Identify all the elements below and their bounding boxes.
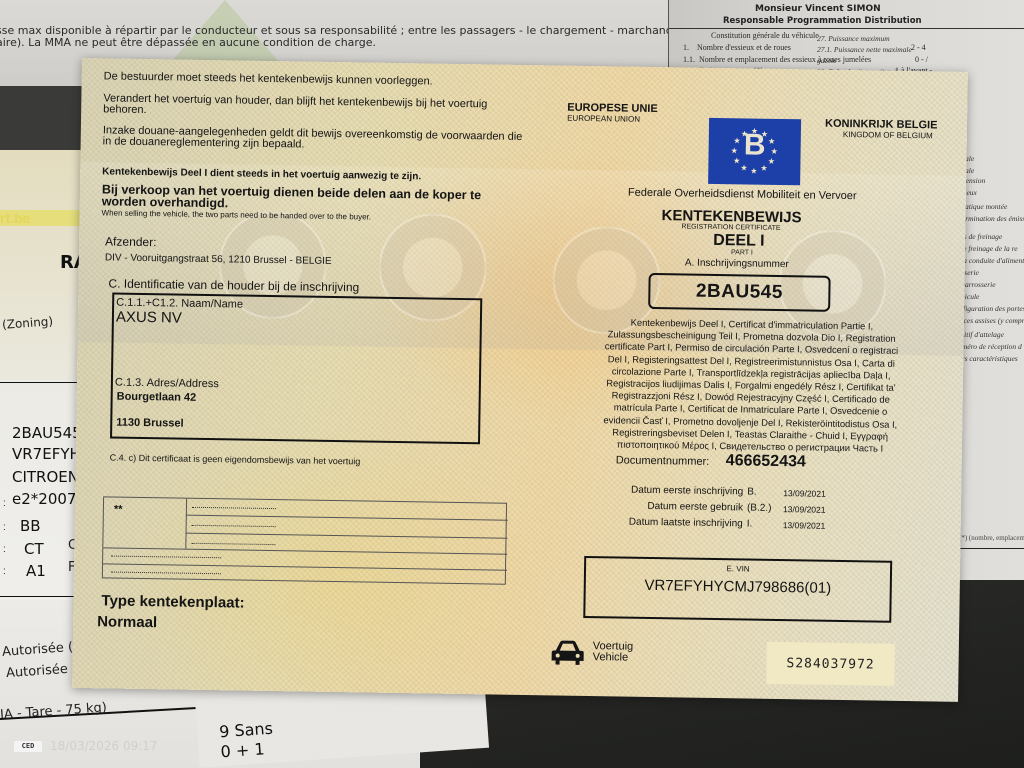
left-value: e2*2007 <box>12 490 76 508</box>
photo-timestamp: 18/03/2026 09:17 <box>50 739 158 753</box>
blank-fields-grid: ** <box>102 496 507 584</box>
colon: : <box>3 522 6 533</box>
contact-name: Monsieur Vincent SIMON <box>755 4 881 14</box>
date-label: Datum laatste inschrijving <box>581 516 743 530</box>
serial-number: S284037972 <box>766 642 895 686</box>
left-value: CITROEN <box>12 468 79 486</box>
star-icon: ★ <box>731 147 738 155</box>
vin-box: E. VIN VR7EFYHYCMJ798686(01) <box>583 556 892 623</box>
bottom-right-text: 9 Sans <box>219 719 274 742</box>
date-label: Datum eerste gebruik <box>591 500 743 513</box>
registration-number: 2BAU545 <box>648 273 831 312</box>
dotted-blank <box>111 556 221 559</box>
date-value: 13/09/2021 <box>783 520 826 531</box>
spec-row: 1. Nombre d'essieux et de roues 2 - 4 <box>683 43 791 52</box>
multilingual-title-list: Kentekenbewijs Deel I, Certificat d'imma… <box>596 316 906 455</box>
registration-label: A. Inschrijvingsnummer <box>685 257 789 270</box>
left-value: BB <box>20 517 41 535</box>
spec-line: 27. Puissance maximum <box>817 34 890 43</box>
star-icon: ★ <box>761 130 768 138</box>
star-icon: ★ <box>751 128 758 136</box>
dotted-blank <box>192 507 276 509</box>
star-icon: ★ <box>771 148 778 156</box>
french-text-line-2: aire). La MMA ne peut être dépassée en a… <box>0 36 376 49</box>
colon: : <box>3 544 6 555</box>
dotted-blank <box>191 543 275 545</box>
left-value: CT <box>24 540 44 558</box>
ownership-note: C.4. c) Dit certificaat is geen eigendom… <box>110 452 361 466</box>
section-label: Constitution générale du véhicule <box>711 31 819 40</box>
car-icon <box>551 638 585 667</box>
highlighted-text: rt.be <box>0 210 90 226</box>
country-label-en: KINGDOM OF BELGIUM <box>843 130 933 140</box>
grid-line <box>103 547 507 554</box>
star-icon: ★ <box>760 165 767 173</box>
divider <box>669 28 1024 29</box>
date-label: Datum eerste inschrijving <box>591 484 743 497</box>
bottom-text: IA - Tare - 75 kg) <box>0 700 107 722</box>
left-value: 2BAU545 <box>12 424 82 442</box>
divider <box>955 548 1024 549</box>
notice-holder-change-2: behoren. <box>103 103 147 116</box>
bottom-text: Autorisée <box>6 662 69 681</box>
contact-title: Responsable Programmation Distribution <box>723 16 922 26</box>
grid-line <box>185 499 187 549</box>
grid-marker: ** <box>114 504 123 516</box>
notice-present: De bestuurder moet steeds het kentekenbe… <box>104 70 433 87</box>
spec-value: 2 - 4 <box>911 43 926 52</box>
address-line-1: Bourgetlaan 42 <box>117 391 197 404</box>
star-icon: ★ <box>768 158 775 166</box>
spec-line: gazole <box>817 56 837 65</box>
spec-label: Nombre d'essieux et de roues <box>697 43 791 52</box>
document-number: 466652434 <box>726 452 806 471</box>
star-icon: ★ <box>740 165 747 173</box>
grid-line <box>103 563 507 570</box>
colon: : <box>3 498 6 509</box>
part-title-en: PART I <box>731 249 753 256</box>
spec-row: 1.1. Nombre et emplacement des essieux à… <box>683 55 871 64</box>
spec-value: 0 - / <box>915 55 928 64</box>
colon: : <box>3 566 6 577</box>
notice-customs-2: in de douanereglementering zijn bepaald. <box>103 135 305 150</box>
spec-label: Nombre et emplacement des essieux à roue… <box>699 55 871 64</box>
plate-type-value: Normaal <box>97 613 157 631</box>
grid-line <box>186 515 508 521</box>
registration-certificate: De bestuurder moet steeds het kentekenbe… <box>72 58 968 702</box>
star-icon: ★ <box>733 157 740 165</box>
left-value: A1 <box>26 562 46 580</box>
document-number-label: Documentnummer: <box>616 454 710 467</box>
star-icon: ★ <box>733 137 740 145</box>
eu-label-en: EUROPEAN UNION <box>567 114 640 124</box>
date-code: B. <box>747 487 757 498</box>
grid-line <box>186 533 508 539</box>
eu-stars: ★★★★★★★★★★★★ <box>709 118 801 119</box>
holder-name: AXUS NV <box>116 309 182 327</box>
spec-line: 27.1. Puissance nette maximale <box>817 45 912 54</box>
star-icon: ★ <box>741 130 748 138</box>
country-label-nl: KONINKRIJK BELGIE <box>825 118 938 132</box>
date-value: 13/09/2021 <box>783 504 826 515</box>
bottom-right-text: 0 + 1 <box>220 739 265 761</box>
photo-watermark: CED 18/03/2026 09:17 <box>14 740 158 752</box>
camera-brand-logo: CED <box>14 741 42 752</box>
date-code: I. <box>747 518 753 529</box>
date-value: 13/09/2021 <box>783 488 826 499</box>
date-code: (B.2.) <box>747 503 772 514</box>
part-title: DEEL I <box>713 232 765 251</box>
address-label: C.1.3. Adres/Address <box>115 377 219 391</box>
vehicle-label-en: Vehicle <box>593 652 629 664</box>
dotted-blank <box>192 525 276 527</box>
star-icon: ★ <box>750 168 757 176</box>
notice-holder-change: Verandert het voertuig van houder, dan b… <box>103 92 487 110</box>
sender-label: Afzender: <box>105 234 157 249</box>
footnote: (*) (nombre, emplacement <box>959 534 1024 542</box>
spec-num: 1. <box>683 43 689 52</box>
address-line-2: 1130 Brussel <box>116 417 183 430</box>
eu-flag-icon: B ★★★★★★★★★★★★ <box>708 118 801 185</box>
star-icon: ★ <box>768 138 775 146</box>
vin-label: E. VIN <box>586 562 890 576</box>
vin-value: VR7EFYHYCMJ798686(01) <box>586 576 890 598</box>
dotted-blank <box>111 572 221 575</box>
spec-num: 1.1. <box>683 55 695 64</box>
plate-type-label: Type kentekenplaat: <box>101 592 244 611</box>
holder-box: C.1.1.+C1.2. Naam/Name AXUS NV C.1.3. Ad… <box>110 293 482 445</box>
